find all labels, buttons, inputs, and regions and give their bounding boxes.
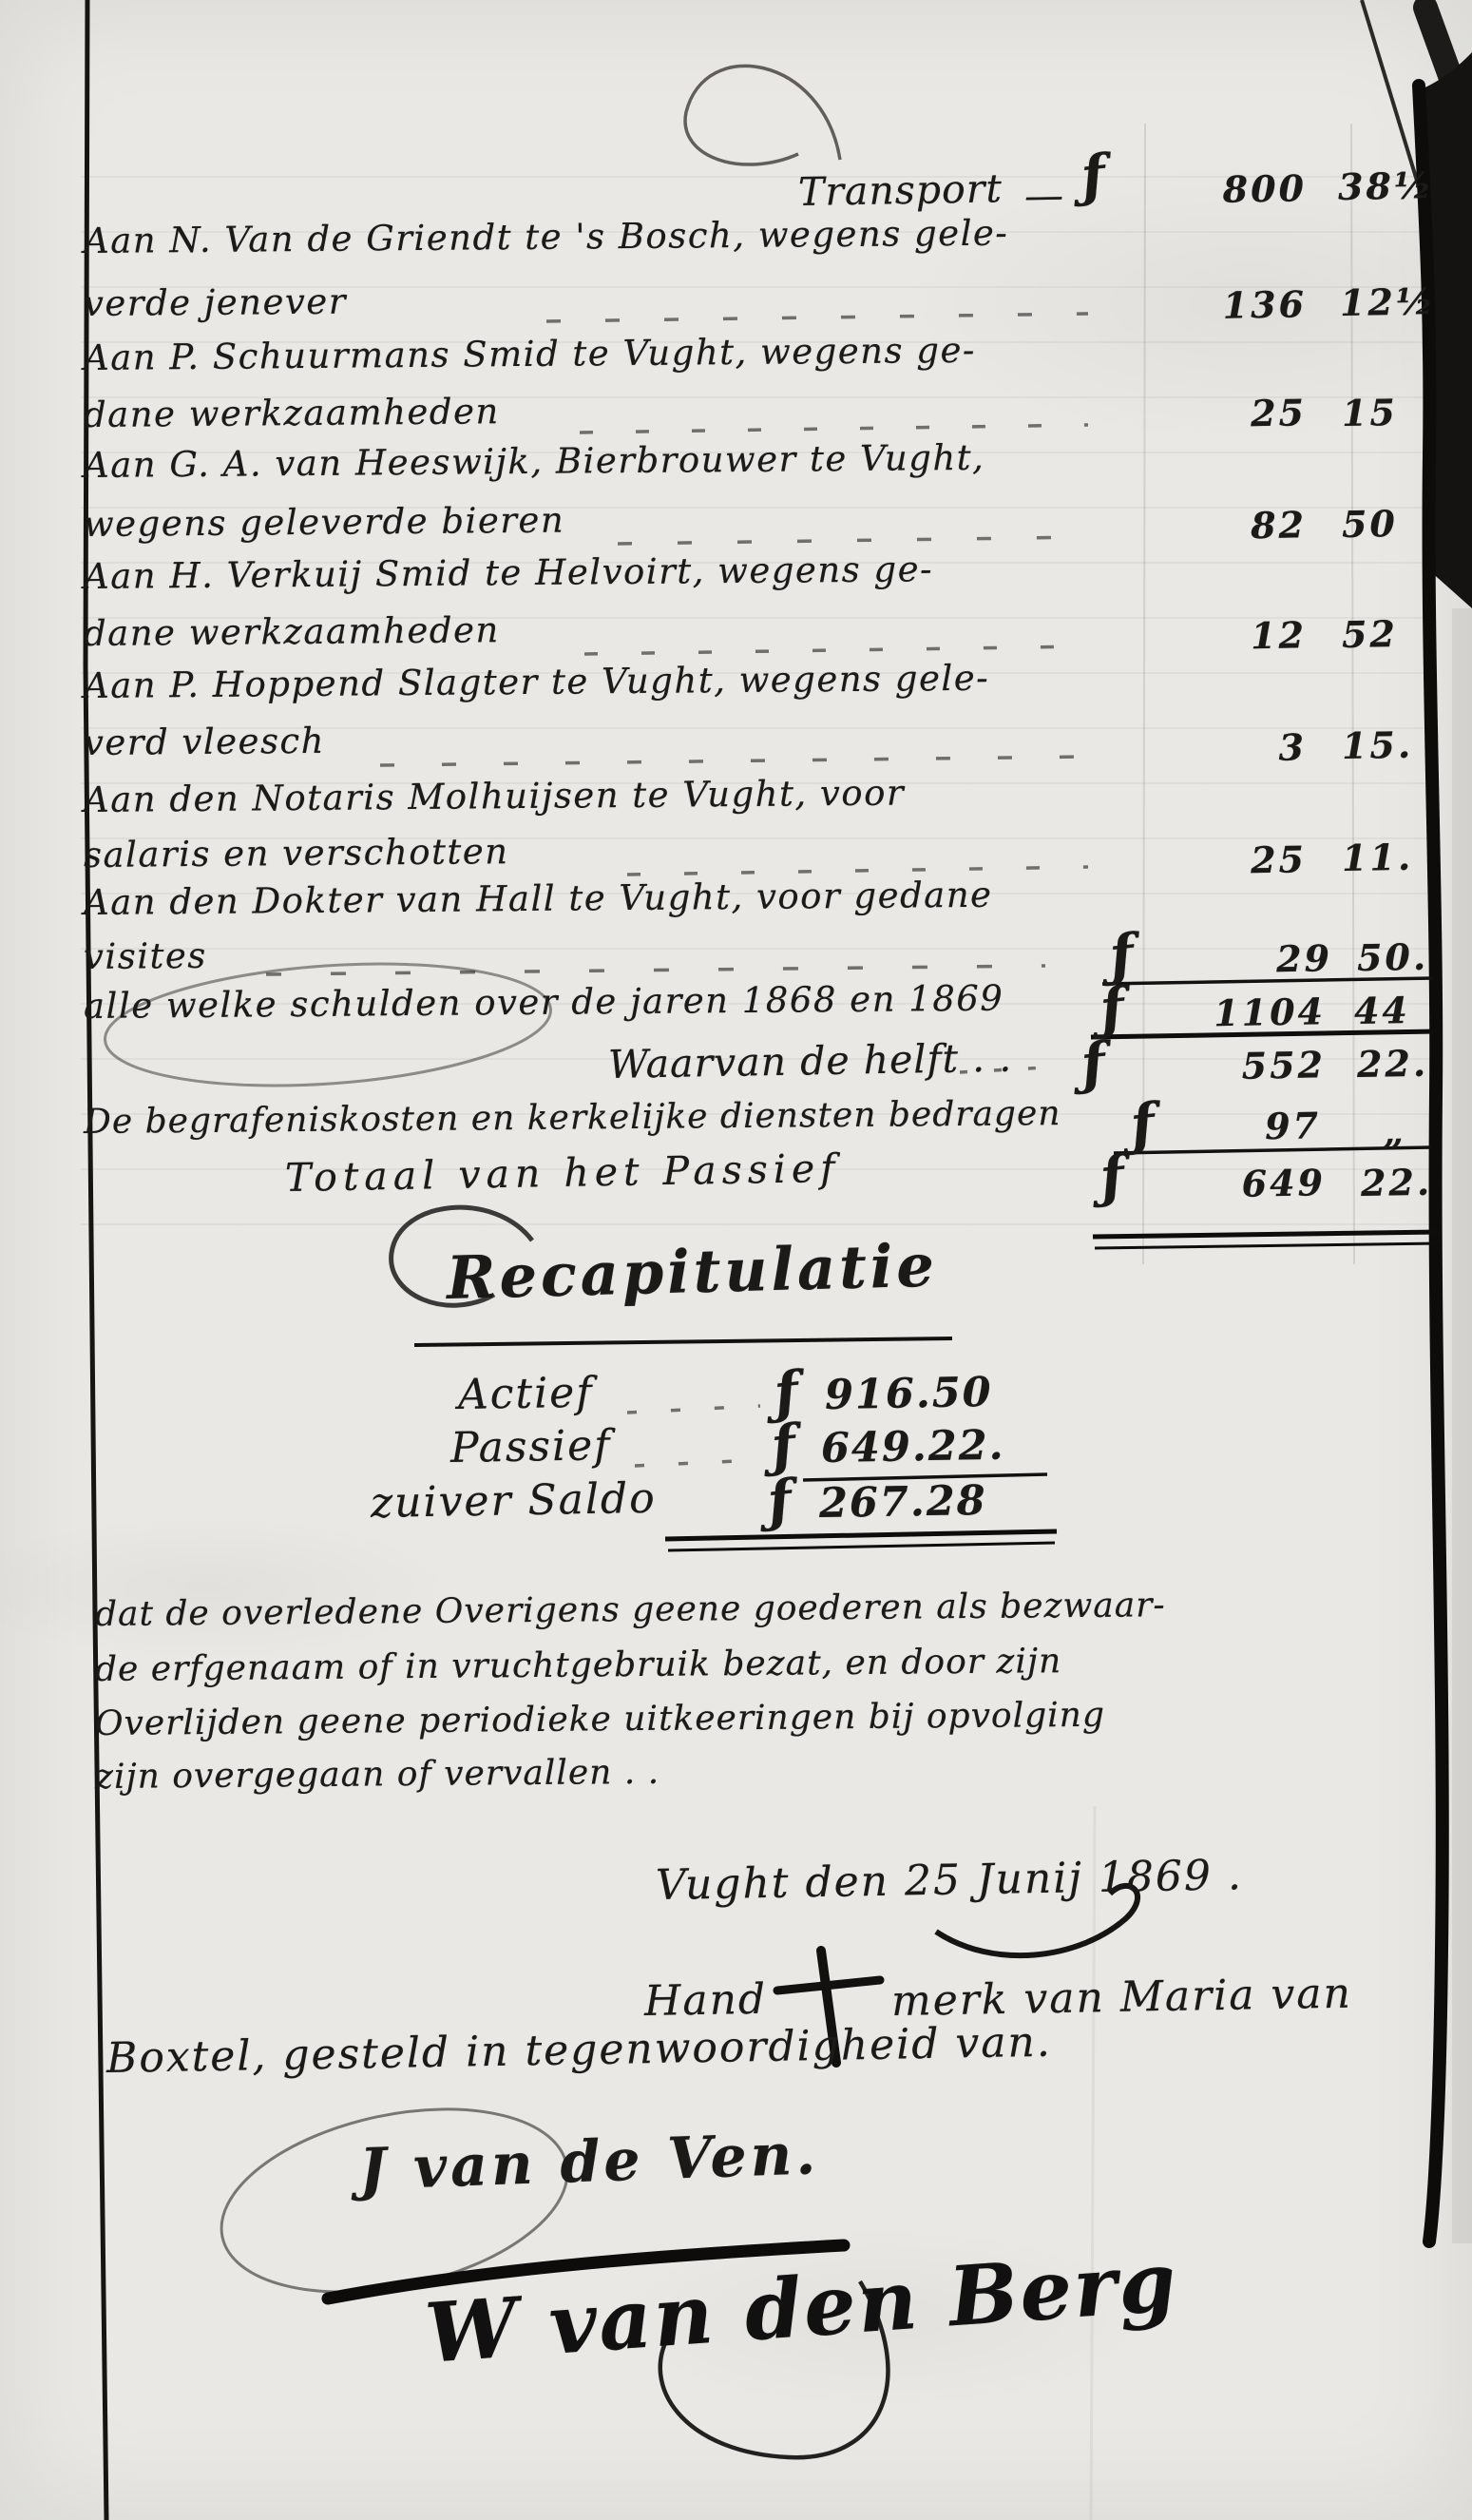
sum-label: alle welke schulden over de jaren 1868 e… [84,978,1004,1027]
entry-guilders: 25 [1155,391,1308,436]
saldo-underline-1 [665,1531,1057,1539]
handmark-post: merk van Maria van [891,1970,1353,2026]
entry-guilders: 136 [1155,282,1308,328]
recap-title: Recapitulatie [446,1230,939,1313]
transport-label: Transport [798,165,1004,215]
entry-cents: 15. [1342,723,1414,767]
transport-guilders: 800 [1155,166,1308,212]
entry-line: dane werkzaamheden [84,391,500,435]
entry-line: salaris en verschotten [84,831,509,875]
sum-guilders: 97 [1169,1104,1322,1149]
entry-cents: 12½ [1340,279,1437,324]
entry-guilders: 82 [1155,503,1308,548]
transport-cents: 38½ [1338,164,1435,208]
sum-label: Waarvan de helft . . [608,1035,1013,1087]
sum-cents: 44 [1354,989,1411,1032]
recap-row-label: Passief [450,1421,612,1472]
entry-guilders: 3 [1155,725,1308,771]
entry-line: visites [84,935,207,977]
entry-cents: 15 [1342,391,1399,434]
entry-line: Aan den Dokter van Hall te Vught, voor g… [84,875,993,923]
rule-total-1 [1093,1232,1440,1237]
recap-row-amount: 267.28 [819,1477,987,1528]
handmark-pre: Hand [644,1975,768,2026]
recap-row-amount: 649.22. [821,1422,1005,1472]
paragraph-line: zijn overgegaan of vervallen . . [95,1753,660,1797]
scanned-ledger-page: Transport — ƒ 800 38½ Aan N. Van de Grie… [0,0,1472,2520]
rule-total-2 [1095,1243,1440,1248]
saldo-underline-2 [668,1543,1055,1550]
entry-guilders: 29 [1180,936,1333,982]
entry-line: Aan G. A. van Heeswijk, Bierbrouwer te V… [84,437,985,486]
hand-cross-bar [777,1980,880,1991]
entry-line: Aan den Notaris Molhuijsen te Vught, voo… [84,772,905,820]
recap-row-label: zuiver Saldo [371,1474,657,1528]
entry-line: Aan P. Hoppend Slagter te Vught, wegens … [84,658,990,706]
edge-shadow [1452,608,1472,2243]
entry-line: verd vleesch [84,721,325,763]
sum-cents: 22. [1357,1042,1429,1086]
recap-row-amount: 916.50 [825,1369,993,1419]
recap-row-label: Actief [458,1369,594,1419]
entry-line: Aan H. Verkuij Smid te Helvoirt, wegens … [84,548,933,597]
entry-line: Aan P. Schuurmans Smid te Vught, wegens … [84,330,976,378]
sum-cents: „ [1383,1110,1407,1153]
total-cents: 22. [1361,1161,1433,1204]
entry-guilders: 12 [1155,613,1308,659]
entry-cents: 50. [1357,935,1429,979]
entry-cents: 50 [1342,502,1399,546]
entry-line: wegens geleverde bieren [84,500,565,545]
sum-guilders: 1104 [1174,990,1327,1035]
place-date-line: Vught den 25 Junij 1869 . [656,1851,1244,1910]
fold-crease [1091,1806,1095,2520]
transport-curl [685,66,840,164]
entry-line: verde jenever [84,281,347,324]
entry-guilders: 25 [1155,837,1308,883]
entry-line: dane werkzaamheden [84,609,500,654]
total-label: Totaal van het Passief [285,1145,841,1201]
recap-underline [414,1338,952,1345]
total-guilders: 649 [1174,1161,1327,1206]
transport-dash: — [1024,172,1065,219]
entry-cents: 11. [1342,836,1414,879]
entry-cents: 52 [1342,612,1399,656]
sum-guilders: 552 [1174,1043,1327,1088]
entry-line: Aan N. Van de Griendt te 's Bosch, wegen… [84,213,1009,261]
